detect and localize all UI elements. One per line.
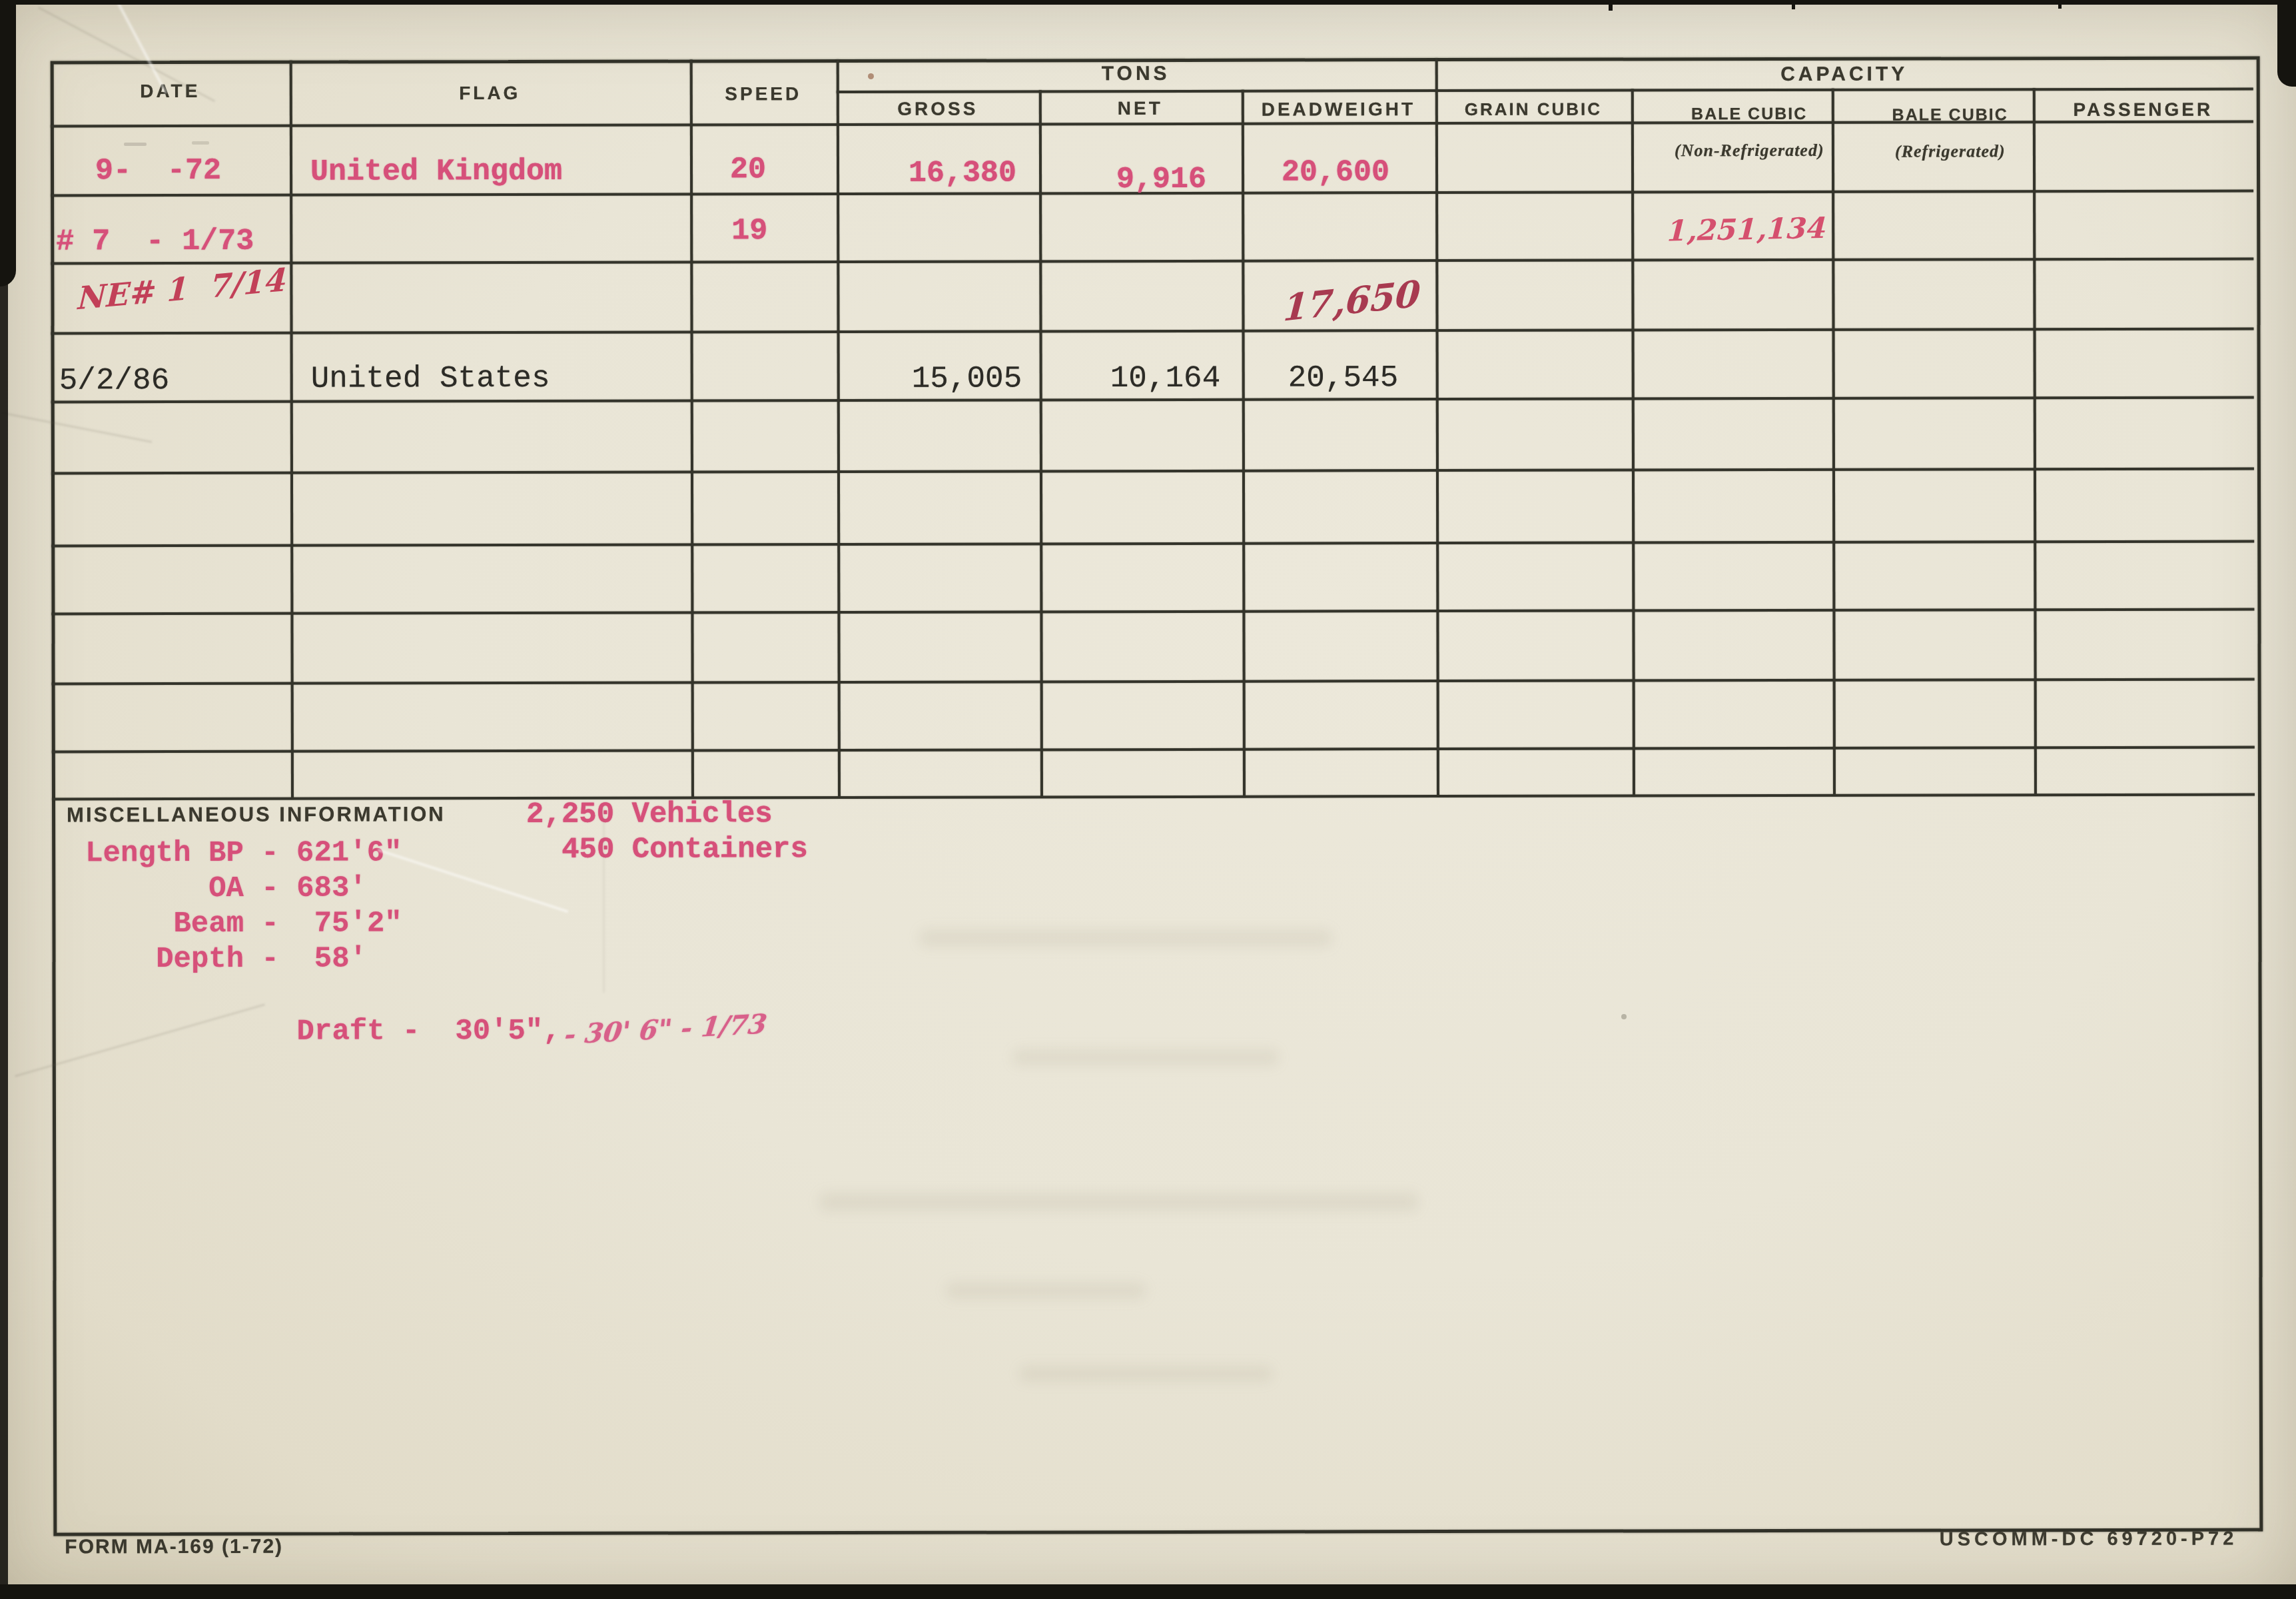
ink-speck	[124, 143, 147, 146]
cell-deadweight-tons: 20,600	[1282, 155, 1389, 189]
misc-vehicles: 2,250 Vehicles	[526, 798, 773, 831]
misc-length-oa: OA - 683'	[85, 870, 767, 907]
bale-ref-line1: BALE CUBIC	[1892, 105, 2008, 124]
cell-gross-tons: 16,380	[909, 156, 1016, 190]
cell-net-tons: 10,164	[1110, 361, 1221, 396]
cell-flag: United Kingdom	[310, 155, 562, 189]
bale-nonref-line2: (Non-Refrigerated)	[1675, 141, 1824, 160]
group-header-capacity: CAPACITY	[1435, 63, 2253, 87]
form-number: FORM MA-169 (1-72)	[65, 1536, 283, 1559]
bleedthrough-smudge	[946, 1283, 1146, 1299]
misc-dimensions-block: Length BP - 621'6" OA - 683' Beam - 75'2…	[85, 835, 767, 1085]
print-code: USCOMM-DC 69720-P72	[1940, 1528, 2238, 1551]
column-header-passenger: PASSENGER	[2033, 99, 2253, 121]
scan-edge-left-top	[0, 0, 16, 286]
cell-speed: 20	[730, 153, 766, 187]
crease-mark	[603, 806, 605, 993]
ink-speck	[868, 73, 874, 79]
column-header-gross: GROSS	[837, 98, 1039, 120]
scan-edge-tick	[1792, 0, 1795, 9]
cell-speed: 19	[731, 214, 767, 248]
scan-edge-tick	[2058, 0, 2062, 9]
bleedthrough-smudge	[919, 929, 1332, 947]
column-header-bale-cubic-ref: BALE CUBIC (Refrigerated)	[1832, 88, 2033, 179]
misc-draft: Draft - 30'5",- 30' 6" - 1/73	[86, 976, 767, 1085]
cell-bale-cubic-nonref: 1,251,134	[1667, 212, 1828, 249]
ink-speck	[192, 141, 209, 145]
column-header-net: NET	[1039, 98, 1242, 120]
bale-ref-line2: (Refrigerated)	[1895, 141, 2006, 161]
cell-flag: United States	[311, 361, 550, 396]
misc-section-title: MISCELLANEOUS INFORMATION	[67, 802, 446, 827]
bleedthrough-smudge	[819, 1193, 1419, 1211]
bale-nonref-line1: BALE CUBIC	[1691, 105, 1807, 123]
cell-net-tons: 9,916	[1116, 163, 1206, 197]
record-card: DATE FLAG SPEED TONS CAPACITY GROSS NET …	[0, 0, 2296, 1599]
scan-edge-corner-topright	[2277, 0, 2296, 87]
column-header-speed: SPEED	[690, 83, 837, 105]
scan-edge-tick	[1609, 0, 1613, 11]
cell-deadweight-tons: 20,545	[1288, 360, 1399, 395]
bleedthrough-smudge	[1019, 1366, 1272, 1382]
misc-draft-typed: Draft - 30'5",	[226, 1015, 561, 1049]
scan-edge-top	[0, 0, 2296, 5]
column-header-deadweight: DEADWEIGHT	[1242, 99, 1435, 121]
misc-depth: Depth - 58'	[85, 941, 767, 977]
misc-draft-handwritten: - 30' 6" - 1/73	[563, 1006, 769, 1053]
cell-date: 5/2/86	[59, 363, 170, 398]
bleedthrough-smudge	[1012, 1049, 1279, 1065]
group-header-tons: TONS	[837, 62, 1435, 86]
cell-date: # 7 - 1/73	[56, 225, 254, 259]
column-header-flag: FLAG	[290, 82, 690, 104]
cell-gross-tons: 15,005	[912, 361, 1022, 396]
column-header-date: DATE	[51, 81, 290, 103]
scan-edge-bottom	[0, 1584, 2296, 1599]
misc-beam: Beam - 75'2"	[85, 905, 767, 942]
cell-date: 9- -72	[95, 154, 221, 188]
column-header-bale-cubic-nonref: BALE CUBIC (Non-Refrigerated)	[1631, 87, 1832, 179]
column-header-grain-cubic: GRAIN CUBIC	[1435, 99, 1631, 120]
scanned-ship-record-card: { "header": { "date": "DATE", "flag": "F…	[0, 0, 2296, 1599]
paper-background: DATE FLAG SPEED TONS CAPACITY GROSS NET …	[0, 0, 2296, 1599]
ink-speck	[1621, 1014, 1627, 1019]
